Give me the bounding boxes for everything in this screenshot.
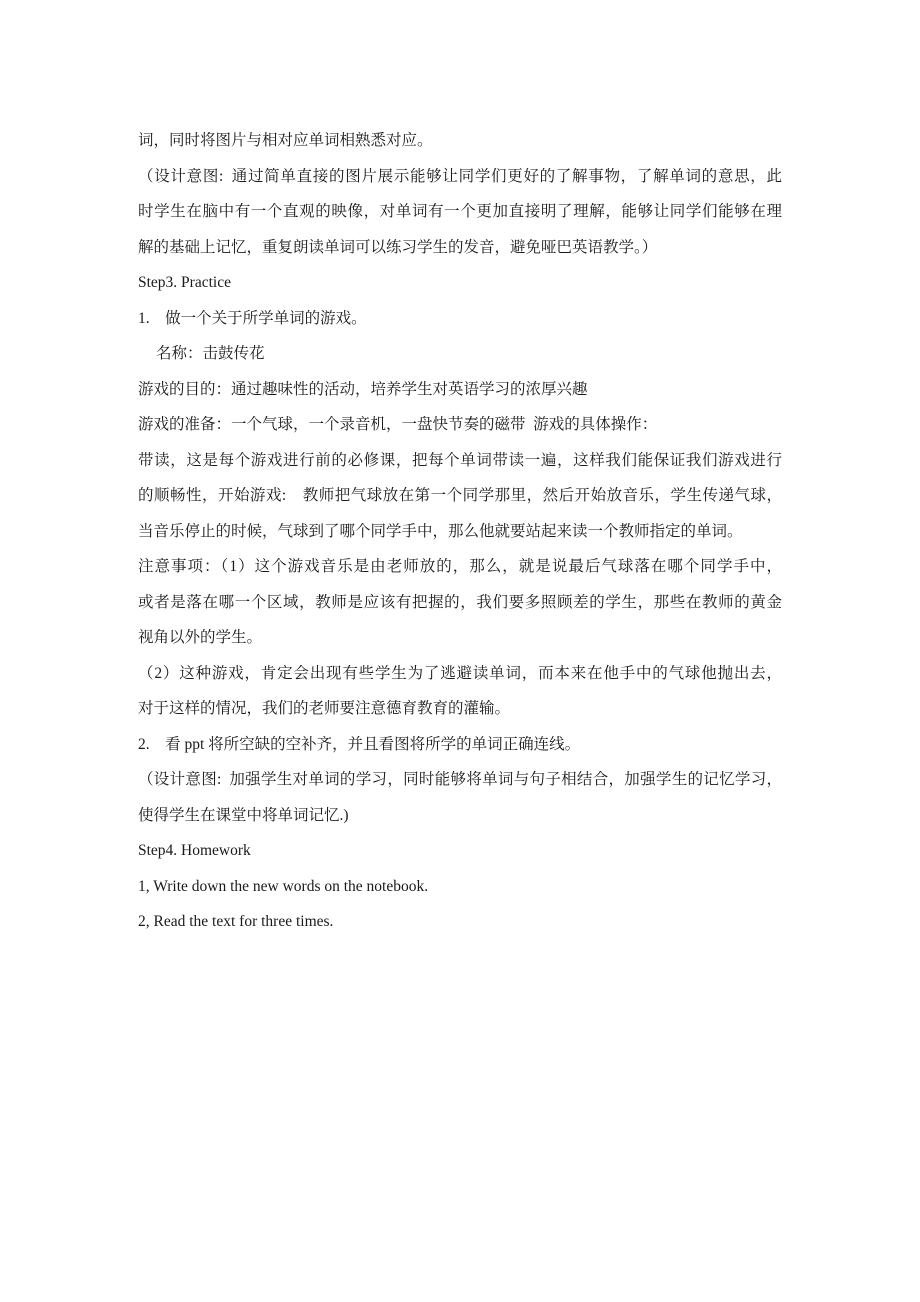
notes-paragraph-2-line: 对于这样的情况，我们的老师要注意德育教育的灌输。	[138, 691, 782, 727]
practice-item-2: 2. 看 ppt 将所空缺的空补齐，并且看图将所学的单词正确连线。	[138, 727, 782, 763]
design-intent-paragraph-line: （设计意图: 通过简单直接的图片展示能够让同学们更好的了解事物，了解单词的意思，…	[138, 159, 782, 195]
notes-paragraph-line: 或者是落在哪一个区域，教师是应该有把握的，我们要多照顾差的学生，那些在教师的黄金	[138, 585, 782, 621]
document-page: 词，同时将图片与相对应单词相熟悉对应。 （设计意图: 通过简单直接的图片展示能够…	[0, 0, 920, 1302]
step3-heading: Step3. Practice	[138, 265, 782, 301]
design-intent-2-line: （设计意图: 加强学生对单词的学习，同时能够将单词与句子相结合，加强学生的记忆学…	[138, 762, 782, 798]
design-intent-paragraph-line: 时学生在脑中有一个直观的映像，对单词有一个更加直接明了理解，能够让同学们能够在理	[138, 194, 782, 230]
design-intent-paragraph-line: 解的基础上记忆，重复朗读单词可以练习学生的发音，避免哑巴英语教学。）	[138, 230, 782, 266]
notes-paragraph-line: 视角以外的学生。	[138, 620, 782, 656]
notes-paragraph-line: 注意事项：（1）这个游戏音乐是由老师放的，那么，就是说最后气球落在哪个同学手中，	[138, 549, 782, 585]
game-name-line: 名称：击鼓传花	[138, 336, 782, 372]
game-purpose-line: 游戏的目的：通过趣味性的活动，培养学生对英语学习的浓厚兴趣	[138, 372, 782, 408]
game-preparation-line: 游戏的准备：一个气球，一个录音机，一盘快节奏的磁带 游戏的具体操作：	[138, 407, 782, 443]
paragraph-continuation-line: 词，同时将图片与相对应单词相熟悉对应。	[138, 123, 782, 159]
practice-item-1: 1. 做一个关于所学单词的游戏。	[138, 301, 782, 337]
step4-heading: Step4. Homework	[138, 833, 782, 869]
game-procedure-line: 当音乐停止的时候，气球到了哪个同学手中，那么他就要站起来读一个教师指定的单词。	[138, 514, 782, 550]
game-procedure-line: 带读，这是每个游戏进行前的必修课，把每个单词带读一遍，这样我们能保证我们游戏进行	[138, 443, 782, 479]
game-procedure-line: 的顺畅性，开始游戏: 教师把气球放在第一个同学那里，然后开始放音乐，学生传递气球…	[138, 478, 782, 514]
design-intent-2-line: 使得学生在课堂中将单词记忆.)	[138, 798, 782, 834]
homework-item-1: 1, Write down the new words on the noteb…	[138, 869, 782, 905]
notes-paragraph-2-line: （2）这种游戏，肯定会出现有些学生为了逃避读单词，而本来在他手中的气球他抛出去，	[138, 656, 782, 692]
homework-item-2: 2, Read the text for three times.	[138, 904, 782, 940]
